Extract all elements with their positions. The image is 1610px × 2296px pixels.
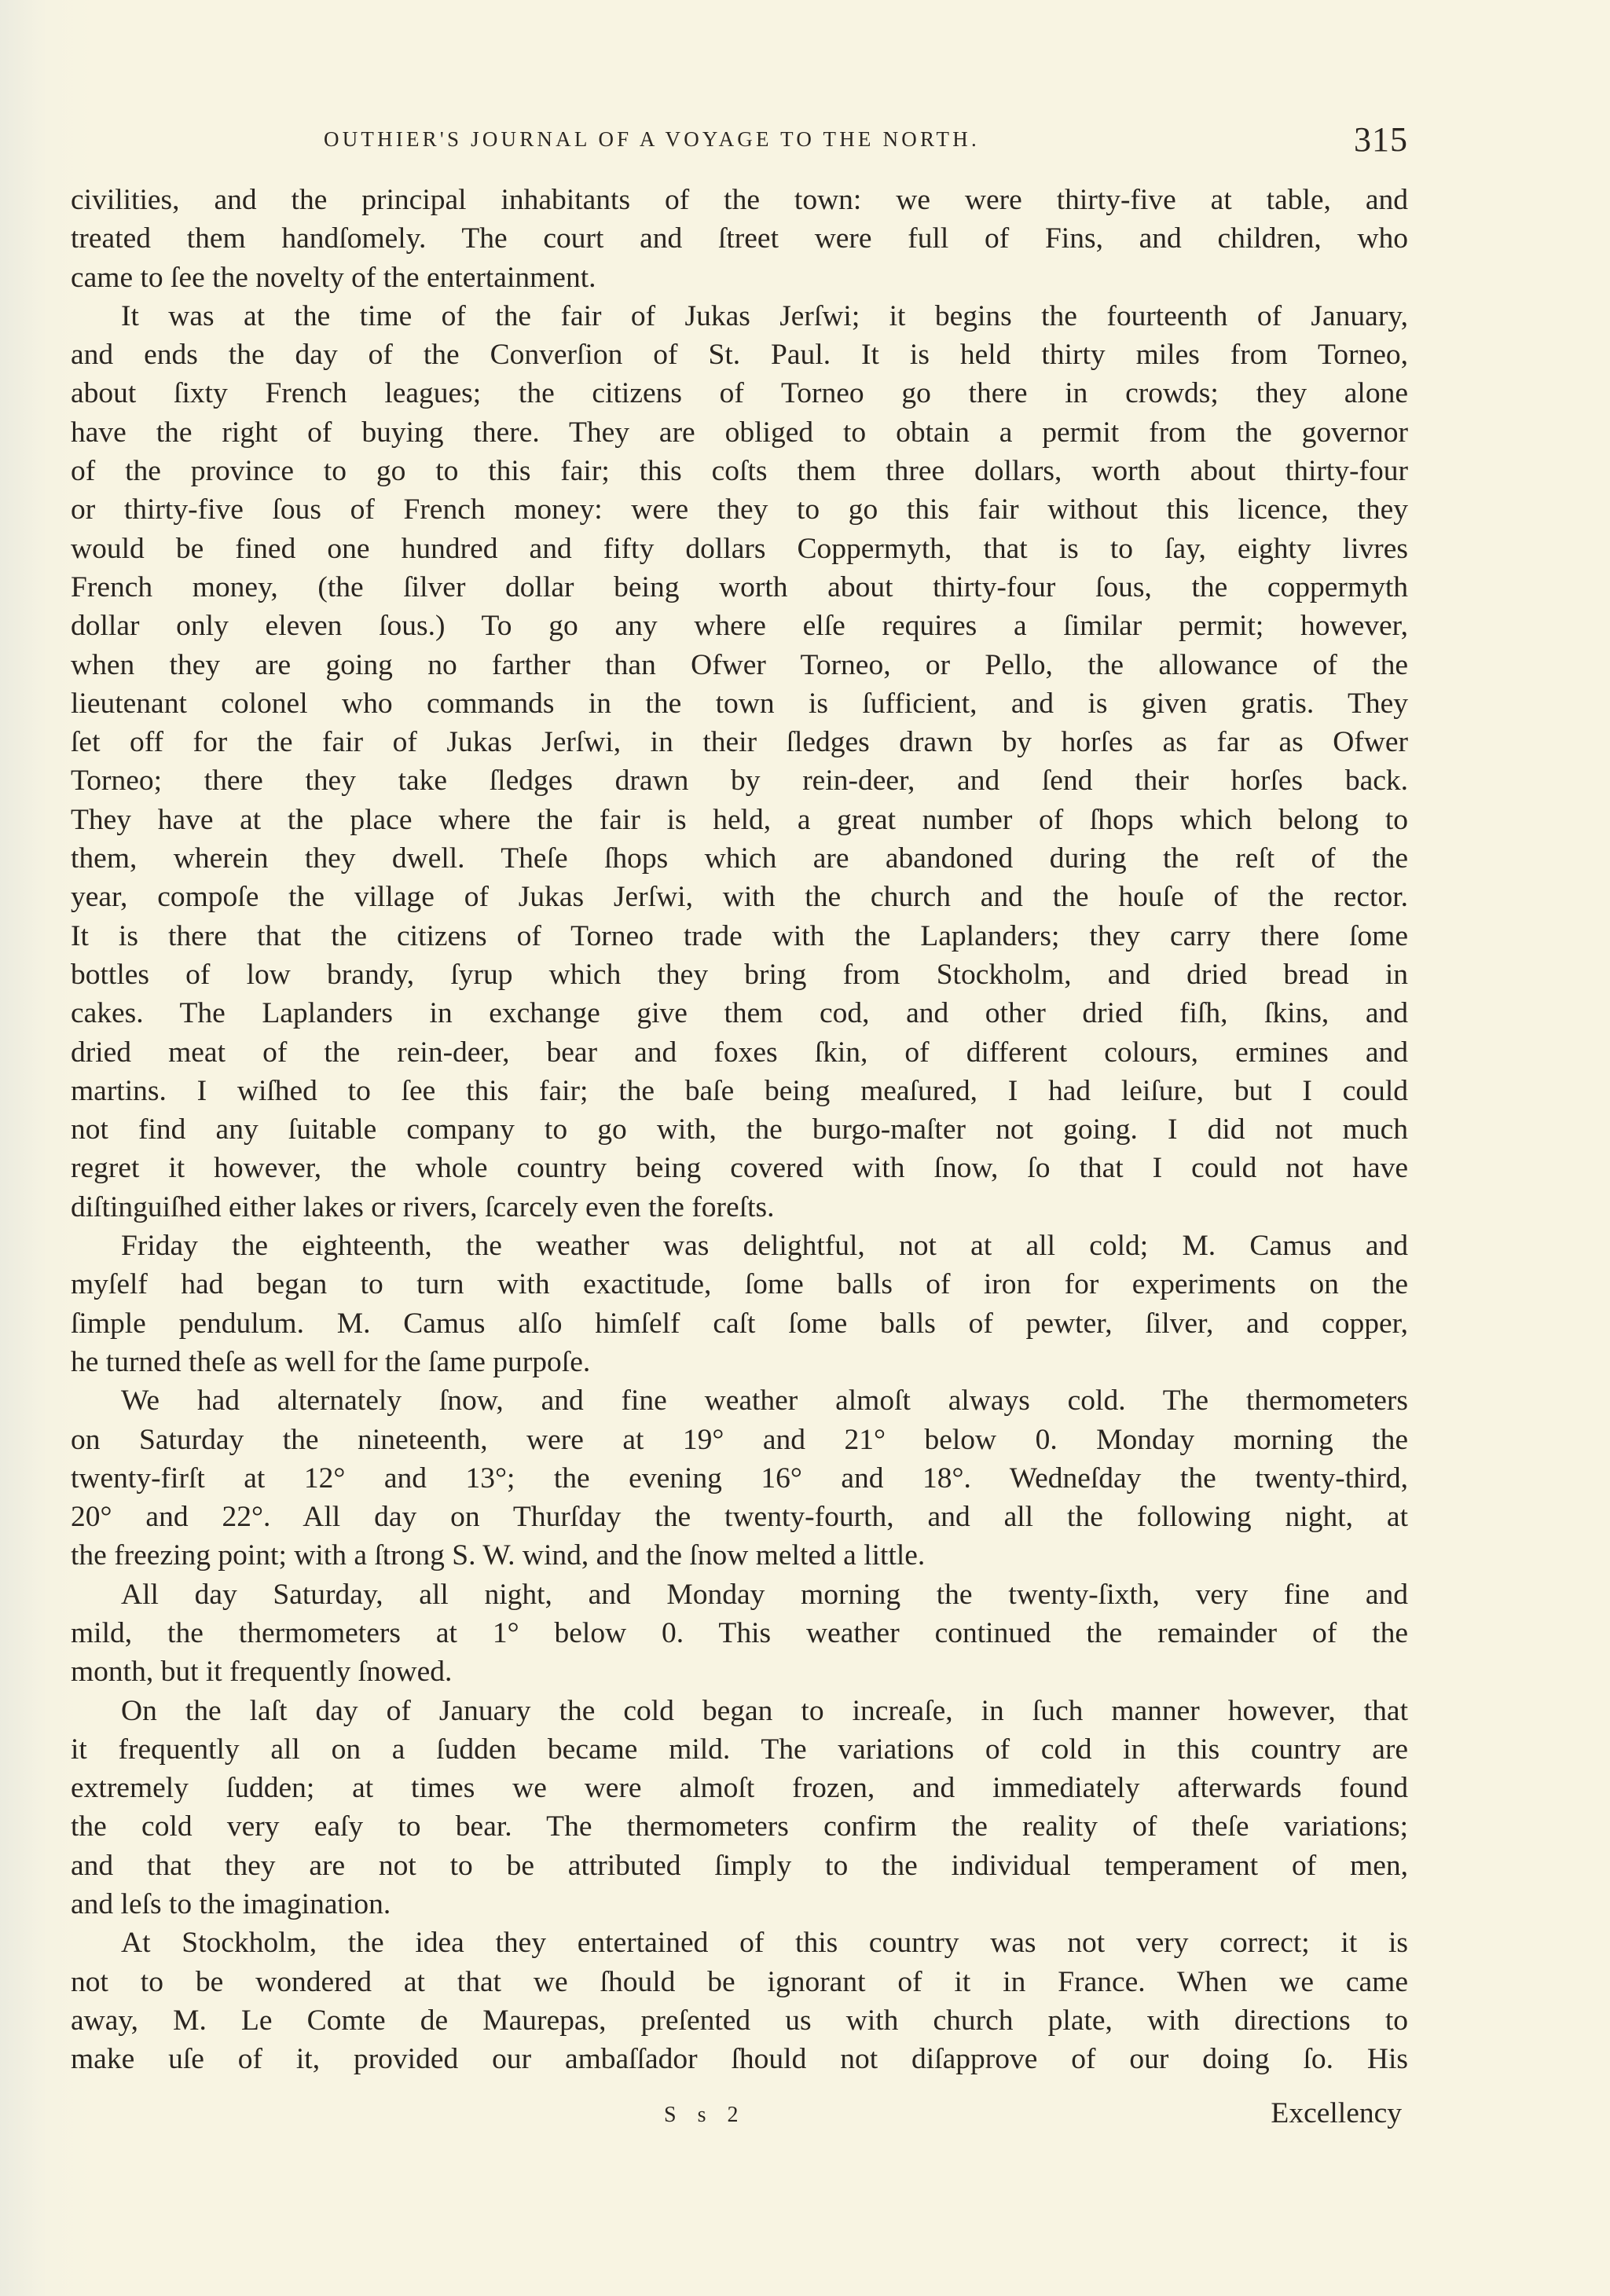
text-line: diſtinguiſhed either lakes or rivers, ſc… xyxy=(71,1188,1408,1227)
catchword: Excellency xyxy=(1271,2096,1402,2130)
page-footer: S s 2 Excellency xyxy=(71,2096,1408,2144)
body-text: civilities, and the principal inhabitant… xyxy=(71,181,1408,2079)
text-line: them, wherein they dwell. Theſe ſhops wh… xyxy=(71,839,1408,878)
text-line: extremely ſudden; at times we were almoſ… xyxy=(71,1769,1408,1807)
text-line: At Stockholm, the idea they entertained … xyxy=(71,1924,1408,1962)
text-line: away, M. Le Comte de Maurepas, preſented… xyxy=(71,2001,1408,2040)
text-line: Friday the eighteenth, the weather was d… xyxy=(71,1227,1408,1265)
text-line: treated them handſomely. The court and ſ… xyxy=(71,219,1408,258)
printer-signature-mark: S s 2 xyxy=(664,2103,746,2128)
text-line: They have at the place where the fair is… xyxy=(71,801,1408,839)
text-line: month, but it frequently ſnowed. xyxy=(71,1652,1408,1691)
text-line: dollar only eleven ſous.) To go any wher… xyxy=(71,607,1408,645)
text-line: We had alternately ſnow, and fine weathe… xyxy=(71,1381,1408,1420)
text-line: on Saturday the nineteenth, were at 19° … xyxy=(71,1421,1408,1459)
text-line: On the laſt day of January the cold bega… xyxy=(71,1692,1408,1730)
text-line: civilities, and the principal inhabitant… xyxy=(71,181,1408,219)
running-head: Outhier's Journal of a Voyage to the Nor… xyxy=(324,119,1408,167)
text-line: cakes. The Laplanders in exchange give t… xyxy=(71,994,1408,1032)
text-line: about ſixty French leagues; the citizens… xyxy=(71,374,1408,413)
text-line: have the right of buying there. They are… xyxy=(71,413,1408,452)
text-line: and leſs to the imagination. xyxy=(71,1885,1408,1924)
text-line: French money, (the ſilver dollar being w… xyxy=(71,568,1408,607)
text-line: the freezing point; with a ſtrong S. W. … xyxy=(71,1536,1408,1575)
text-line: he turned theſe as well for the ſame pur… xyxy=(71,1343,1408,1381)
text-line: lieutenant colonel who commands in the t… xyxy=(71,684,1408,723)
text-line: would be fined one hundred and fifty dol… xyxy=(71,530,1408,568)
text-line: and ends the day of the Converſion of St… xyxy=(71,336,1408,374)
text-line: of the province to go to this fair; this… xyxy=(71,452,1408,490)
text-line: year, compoſe the village of Jukas Jerſw… xyxy=(71,878,1408,916)
book-page: Outhier's Journal of a Voyage to the Nor… xyxy=(0,0,1610,2296)
text-line: bottles of low brandy, ſyrup which they … xyxy=(71,955,1408,994)
text-line: mild, the thermometers at 1° below 0. Th… xyxy=(71,1614,1408,1652)
text-line: ſet off for the fair of Jukas Jerſwi, in… xyxy=(71,723,1408,761)
text-line: It was at the time of the fair of Jukas … xyxy=(71,297,1408,336)
text-line: and that they are not to be attributed ſ… xyxy=(71,1847,1408,1885)
text-line: it frequently all on a ſudden became mil… xyxy=(71,1730,1408,1769)
text-line: dried meat of the rein-deer, bear and fo… xyxy=(71,1033,1408,1072)
text-line: make uſe of it, provided our ambaſſador … xyxy=(71,2040,1408,2078)
text-line: myſelf had began to turn with exactitude… xyxy=(71,1265,1408,1304)
text-line: It is there that the citizens of Torneo … xyxy=(71,917,1408,955)
text-line: the cold very eaſy to bear. The thermome… xyxy=(71,1807,1408,1846)
text-line: not find any ſuitable company to go with… xyxy=(71,1110,1408,1149)
text-line: 20° and 22°. All day on Thurſday the twe… xyxy=(71,1498,1408,1536)
text-line: when they are going no farther than Ofwe… xyxy=(71,646,1408,684)
text-line: twenty-firſt at 12° and 13°; the evening… xyxy=(71,1459,1408,1498)
text-line: not to be wondered at that we ſhould be … xyxy=(71,1963,1408,2001)
text-line: regret it however, the whole country bei… xyxy=(71,1149,1408,1187)
text-line: came to ſee the novelty of the entertain… xyxy=(71,259,1408,297)
text-line: ſimple pendulum. M. Camus alſo himſelf c… xyxy=(71,1304,1408,1343)
running-title: Outhier's Journal of a Voyage to the Nor… xyxy=(324,127,980,152)
text-line: martins. I wiſhed to ſee this fair; the … xyxy=(71,1072,1408,1110)
text-line: Torneo; there they take ſledges drawn by… xyxy=(71,761,1408,800)
text-line: or thirty-five ſous of French money: wer… xyxy=(71,490,1408,529)
page-number: 315 xyxy=(1354,119,1408,160)
text-line: All day Saturday, all night, and Monday … xyxy=(71,1575,1408,1614)
